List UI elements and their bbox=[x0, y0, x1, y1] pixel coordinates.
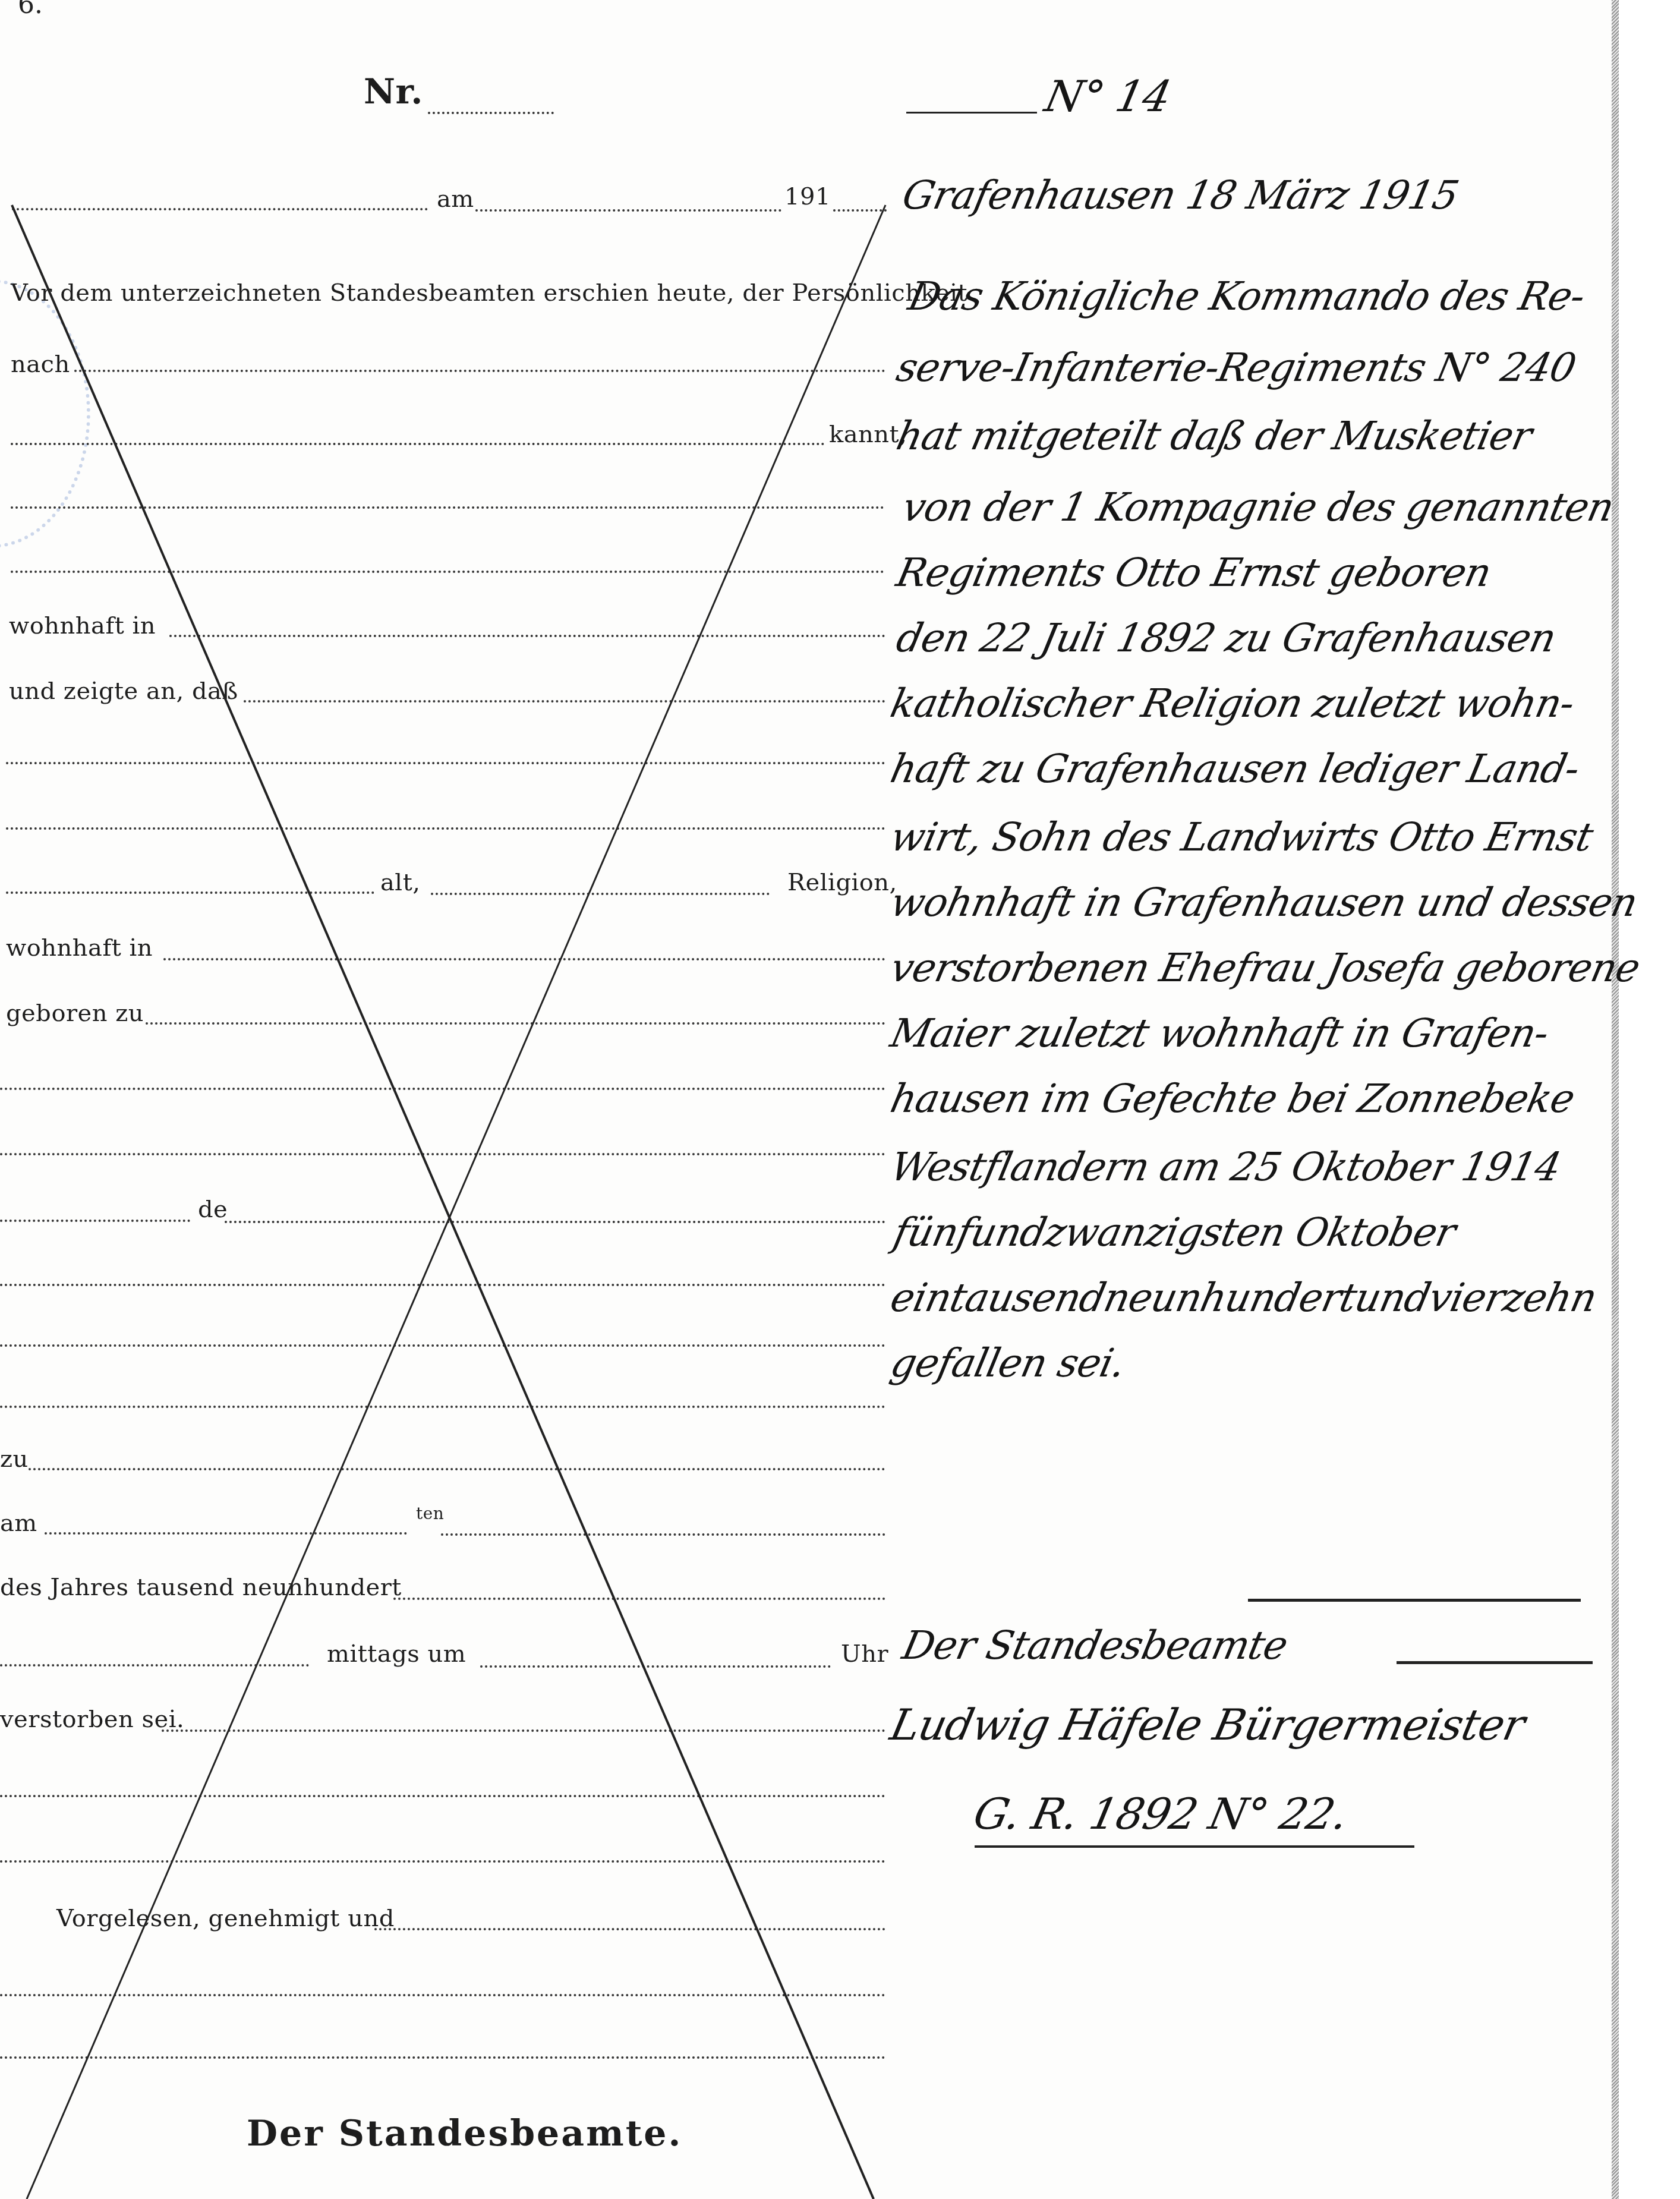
hw-line-18: gefallen sei. bbox=[887, 1340, 1129, 1386]
label-wohnhaft-2: wohnhaft in bbox=[6, 934, 153, 962]
hw-signature: Ludwig Häfele Bürgermeister bbox=[886, 1700, 1529, 1750]
hw-line-7: den 22 Juli 1892 zu Grafenhausen bbox=[893, 615, 1560, 661]
form-line bbox=[163, 958, 885, 960]
hw-line-11: wohnhaft in Grafenhausen und dessen bbox=[887, 880, 1641, 925]
label-uhr: Uhr bbox=[841, 1640, 888, 1668]
label-ten: ten bbox=[416, 1504, 444, 1523]
form-line-time bbox=[0, 1664, 309, 1666]
number-label: Nr. bbox=[364, 71, 423, 112]
signature-title-printed: Der Standesbeamte. bbox=[247, 2113, 682, 2154]
form-line bbox=[225, 1221, 885, 1223]
form-line-day bbox=[45, 1532, 407, 1535]
label-zu: zu bbox=[0, 1445, 29, 1473]
form-line bbox=[0, 1153, 885, 1155]
hw-line-14: hausen im Gefechte bei Zonnebeke bbox=[887, 1076, 1579, 1121]
form-line bbox=[29, 1468, 885, 1470]
form-line bbox=[11, 506, 884, 509]
date-am-label: am bbox=[437, 185, 474, 213]
number-dash bbox=[906, 112, 1037, 114]
label-mittags-um: mittags um bbox=[327, 1640, 466, 1668]
label-nach: nach bbox=[11, 351, 70, 378]
label-jahres: des Jahres tausend neunhundert bbox=[0, 1574, 402, 1601]
form-line bbox=[374, 1928, 885, 1930]
form-line-religion bbox=[431, 893, 770, 895]
hw-line-17: eintausendneunhundertundvierzehn bbox=[887, 1275, 1601, 1321]
hw-reference: G. R. 1892 N° 22. bbox=[969, 1789, 1352, 1839]
form-line bbox=[244, 700, 885, 702]
form-line bbox=[11, 571, 884, 573]
date-line-day bbox=[475, 209, 781, 212]
hw-line-12: verstorbenen Ehefrau Josefa geborene bbox=[887, 945, 1644, 991]
form-line bbox=[0, 1860, 885, 1863]
intro-text: Vor dem unterzeichneten Standesbeamten e… bbox=[11, 279, 967, 307]
form-line-year bbox=[393, 1598, 885, 1600]
label-religion: Religion, bbox=[787, 869, 897, 896]
scan-background bbox=[1619, 0, 1680, 2199]
hw-line-4: hat mitgeteilt daß der Musketier bbox=[893, 413, 1536, 459]
form-line bbox=[0, 1795, 885, 1797]
form-line-age bbox=[6, 891, 374, 894]
label-zeigte-an: und zeigte an, daß bbox=[9, 678, 238, 705]
hw-line-13: Maier zuletzt wohnhaft in Grafen- bbox=[887, 1010, 1553, 1056]
form-line bbox=[0, 1284, 885, 1286]
hw-line-10: wirt, Sohn des Landwirts Otto Ernst bbox=[887, 814, 1597, 860]
reference-underline bbox=[975, 1845, 1414, 1848]
form-line bbox=[0, 2056, 885, 2059]
hw-line-9: haft zu Grafenhausen lediger Land- bbox=[887, 746, 1583, 792]
date-year-prefix: 191 bbox=[784, 183, 831, 210]
entry-number: N° 14 bbox=[1041, 71, 1175, 121]
label-vorgelesen: Vorgelesen, genehmigt und bbox=[56, 1905, 395, 1932]
label-de: de bbox=[198, 1196, 228, 1223]
form-line bbox=[0, 1406, 885, 1408]
form-line bbox=[0, 1220, 190, 1222]
hw-line-3: serve-Infanterie-Regiments N° 240 bbox=[893, 345, 1580, 390]
form-line bbox=[0, 1088, 885, 1090]
form-line bbox=[6, 827, 885, 830]
form-line bbox=[0, 1344, 885, 1347]
label-alt: alt, bbox=[380, 869, 420, 896]
hw-line-16: fünfundzwanzigsten Oktober bbox=[890, 1209, 1460, 1255]
corner-mark: 6. bbox=[18, 0, 43, 20]
label-am: am bbox=[0, 1510, 37, 1537]
hw-line-5: von der 1 Kompagnie des genannten bbox=[899, 484, 1618, 530]
form-line-hour bbox=[480, 1665, 831, 1668]
number-line bbox=[428, 112, 554, 114]
date-line-year bbox=[833, 209, 887, 212]
label-verstorben: verstorben sei. bbox=[0, 1706, 184, 1733]
page-edge bbox=[1612, 0, 1619, 2199]
date-line-place bbox=[12, 208, 428, 210]
hw-line-6: Regiments Otto Ernst geboren bbox=[893, 550, 1495, 596]
form-line bbox=[11, 443, 825, 445]
hw-line-8: katholischer Religion zuletzt wohn- bbox=[887, 681, 1578, 726]
form-line bbox=[6, 762, 885, 764]
hw-line-1: Grafenhausen 18 März 1915 bbox=[899, 172, 1462, 218]
closing-rule-1 bbox=[1248, 1599, 1581, 1602]
form-line-month bbox=[441, 1533, 885, 1536]
form-line bbox=[74, 370, 885, 372]
form-line bbox=[146, 1022, 885, 1025]
form-line bbox=[169, 635, 885, 637]
form-line bbox=[0, 1994, 885, 1996]
label-wohnhaft-1: wohnhaft in bbox=[9, 612, 156, 639]
hw-closing: Der Standesbeamte bbox=[899, 1623, 1291, 1668]
hw-line-2: Das Königliche Kommando des Re- bbox=[904, 273, 1589, 319]
label-geboren-zu: geboren zu bbox=[6, 1000, 144, 1027]
hw-line-15: Westflandern am 25 Oktober 1914 bbox=[887, 1144, 1565, 1190]
form-line bbox=[162, 1729, 885, 1732]
closing-rule-2 bbox=[1397, 1661, 1593, 1664]
